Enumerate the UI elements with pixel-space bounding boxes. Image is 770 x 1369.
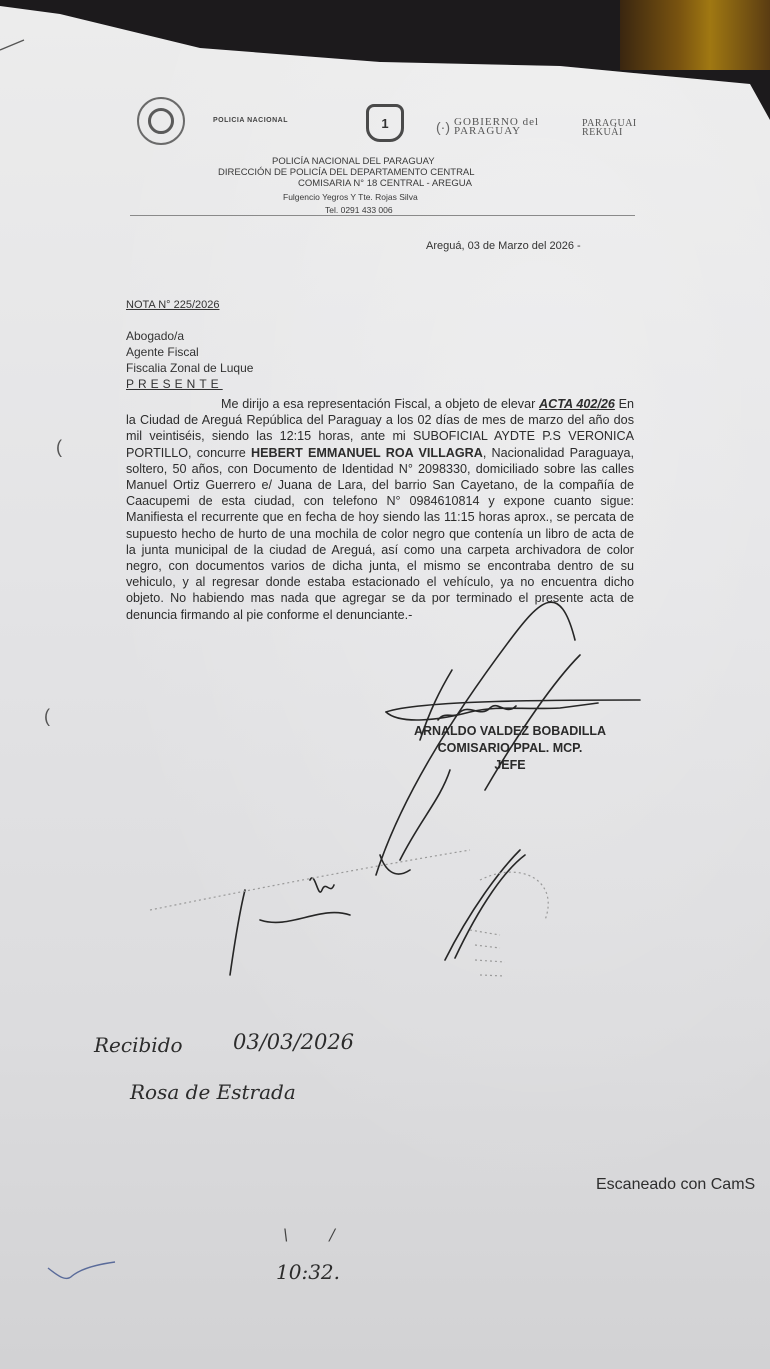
received-label: Recibido	[94, 1033, 183, 1057]
scanner-watermark: Escaneado con CamS	[596, 1176, 755, 1194]
margin-mark: (	[44, 706, 50, 727]
received-time: 10:32.	[276, 1260, 340, 1284]
margin-mark: (	[56, 437, 62, 458]
background-object	[620, 0, 770, 70]
handwritten-ticks: \ /	[283, 1225, 353, 1244]
received-by: Rosa de Estrada	[130, 1080, 296, 1104]
received-date: 03/03/2026	[233, 1030, 354, 1054]
signature-scribbles	[0, 0, 770, 1369]
document-page: POLICIA NACIONAL 1 (·) GOBIERNO del PARA…	[0, 0, 770, 1369]
